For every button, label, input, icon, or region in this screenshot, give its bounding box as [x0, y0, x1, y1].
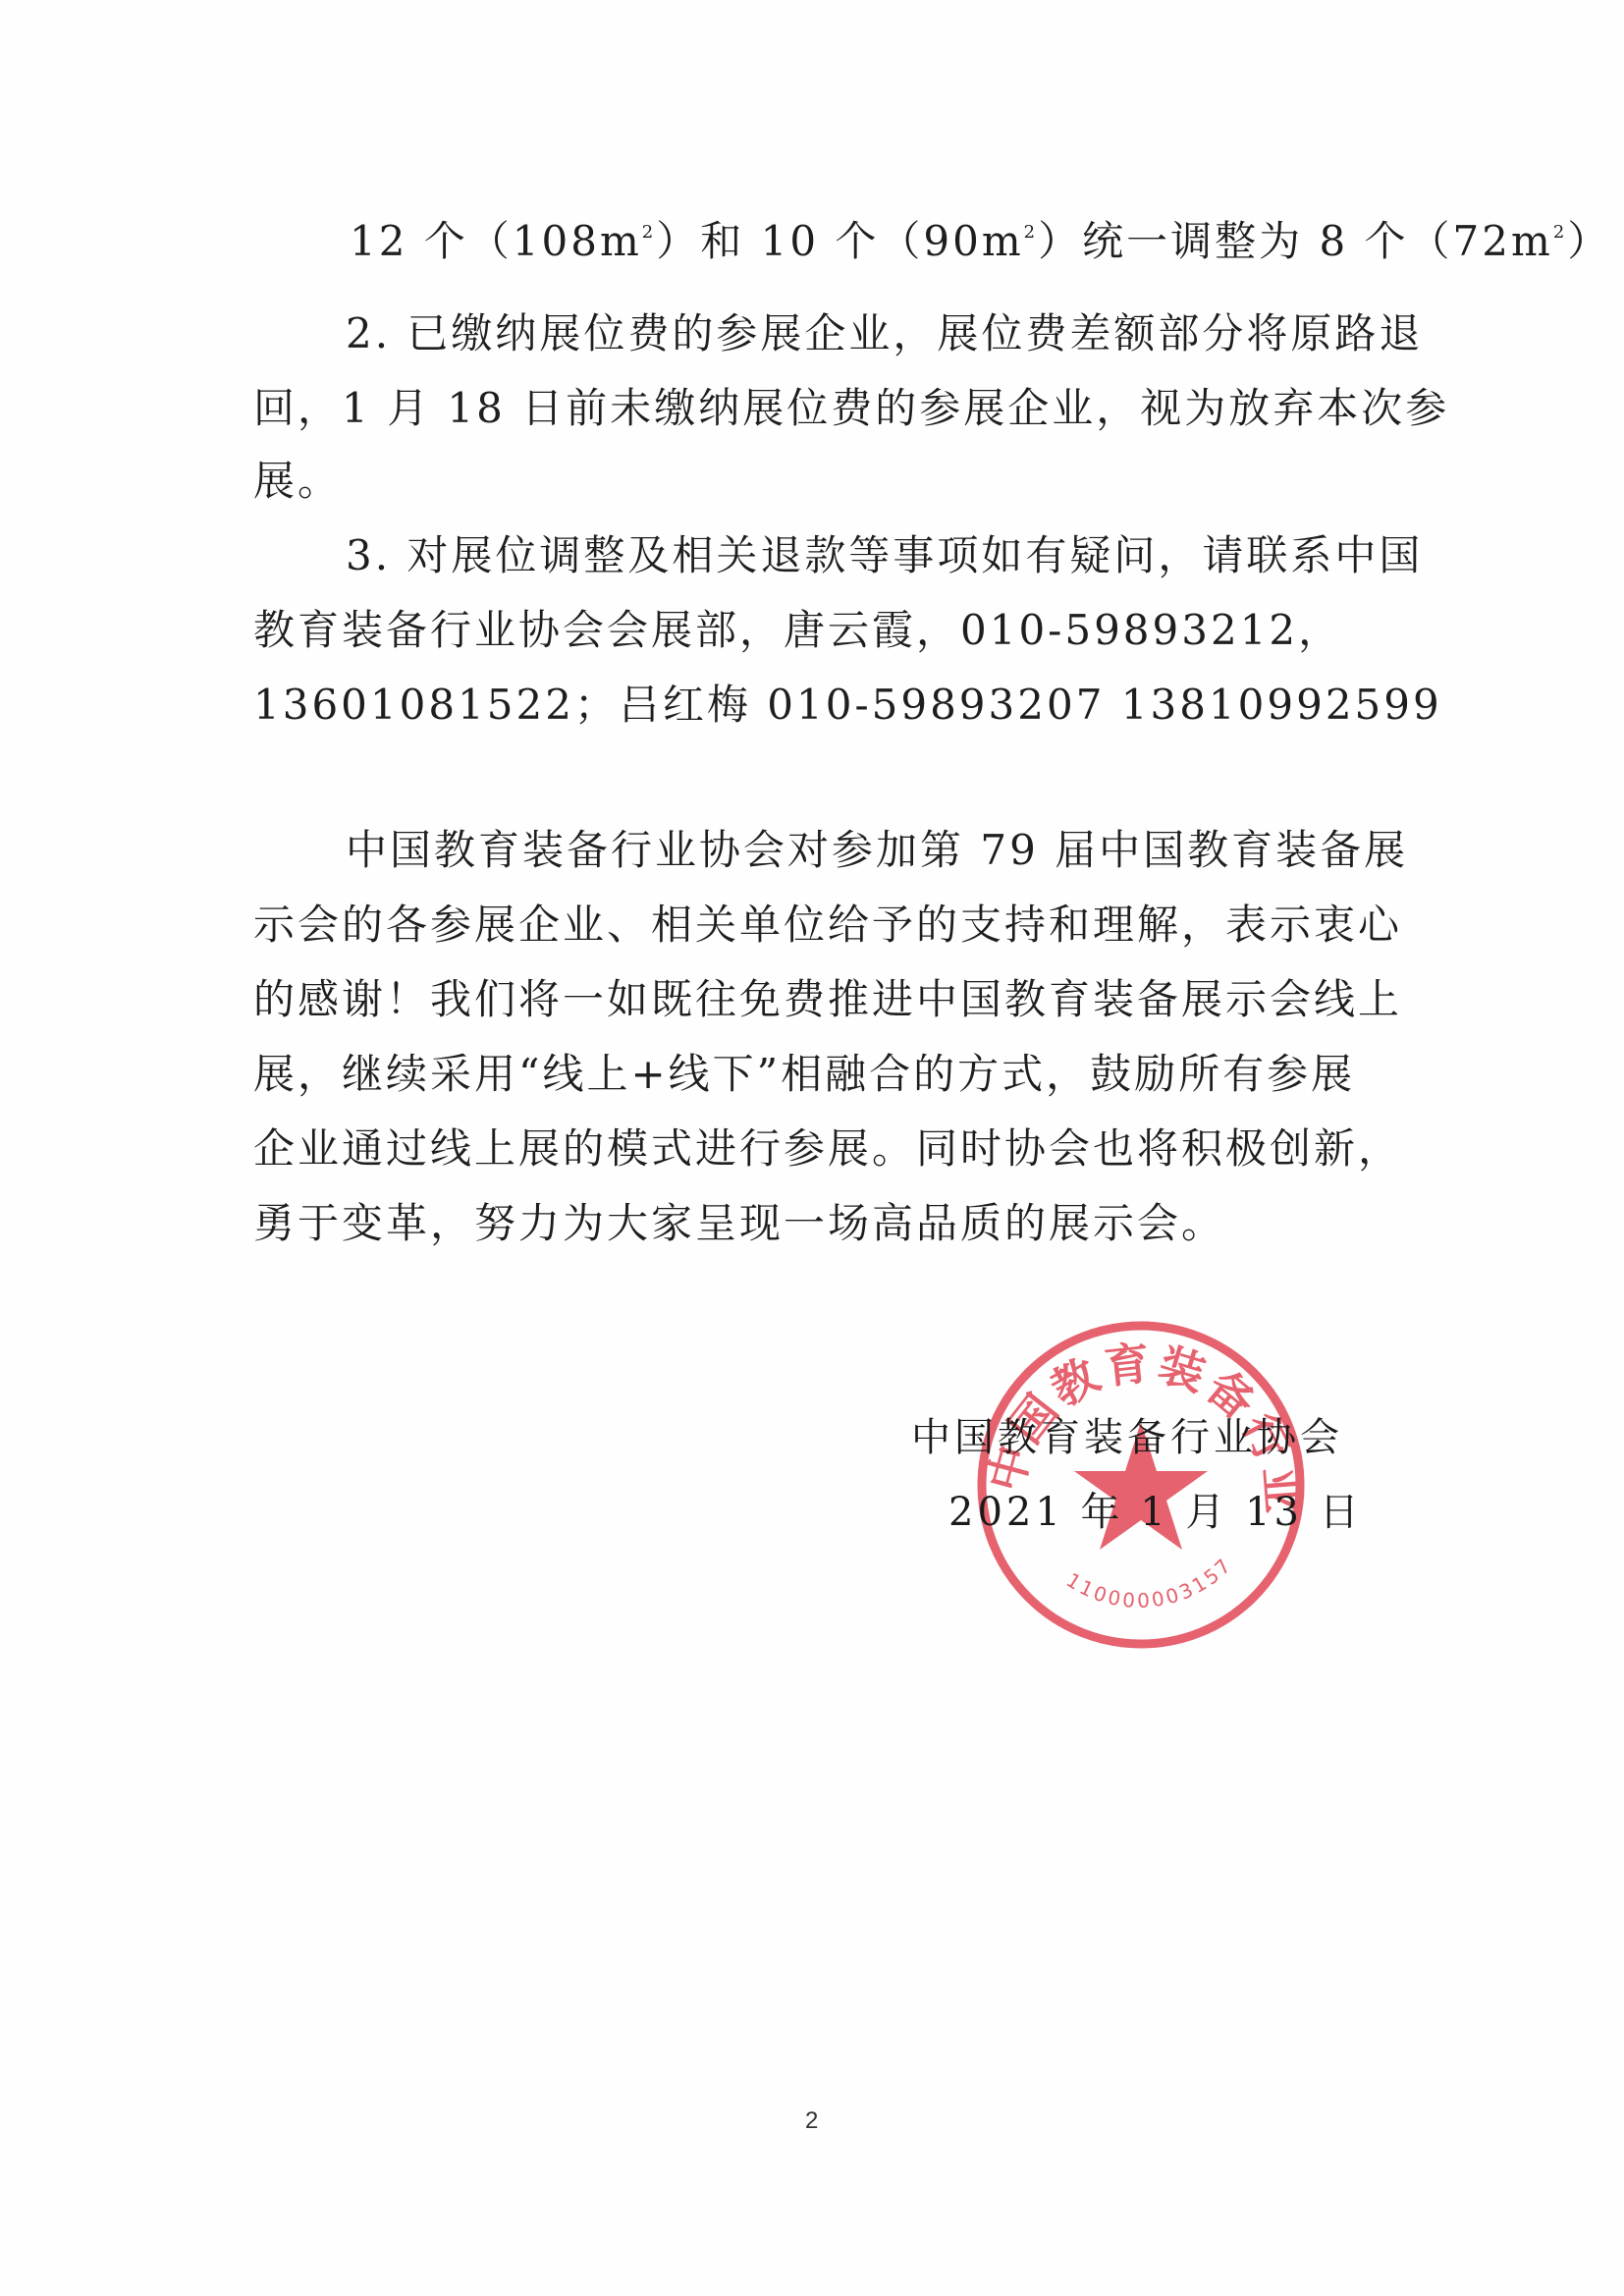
closing-line-4: 展，继续采用“线上+线下”相融合的方式，鼓励所有参展: [253, 1049, 1355, 1100]
text-segment: ）: [1567, 217, 1611, 265]
item2-line-2: 回，1 月 18 日前未缴纳展位费的参展企业，视为放弃本次参: [253, 383, 1449, 434]
superscript: 2: [642, 222, 656, 243]
closing-line-5: 企业通过线上展的模式进行参展。同时协会也将积极创新，: [253, 1123, 1402, 1175]
item1-continuation-line: 12 个（108m2）和 10 个（90m2）统一调整为 8 个（72m2）: [350, 216, 1611, 267]
signature-date: 2021 年 1 月 13 日: [948, 1487, 1363, 1538]
text-segment: ）和 10 个（90m: [656, 217, 1023, 265]
document-page: 12 个（108m2）和 10 个（90m2）统一调整为 8 个（72m2） 2…: [0, 0, 1624, 2296]
item3-line-2: 教育装备行业协会会展部，唐云霞，010-59893212，: [253, 605, 1342, 656]
item2-line-3: 展。: [253, 456, 342, 507]
closing-line-3: 的感谢！我们将一如既往免费推进中国教育装备展示会线上: [253, 974, 1402, 1025]
superscript: 2: [1024, 222, 1038, 243]
text-segment: 12 个（108m: [350, 217, 642, 265]
closing-line-1: 中国教育装备行业协会对参加第 79 届中国教育装备展: [346, 825, 1408, 876]
closing-line-2: 示会的各参展企业、相关单位给予的支持和理解，表示衷心: [253, 900, 1402, 951]
signature-organization: 中国教育装备行业协会: [911, 1412, 1343, 1463]
item3-line-1: 3. 对展位调整及相关退款等事项如有疑问，请联系中国: [346, 530, 1423, 581]
official-seal-icon: 中国教育装备行业协会 1100000031573: [972, 1316, 1311, 1655]
page-number: 2: [805, 2107, 818, 2135]
item3-line-3: 13601081522；吕红梅 010-59893207 13810992599: [253, 680, 1442, 731]
superscript: 2: [1553, 222, 1567, 243]
closing-line-6: 勇于变革，努力为大家呈现一场高品质的展示会。: [253, 1198, 1225, 1249]
text-segment: ）统一调整为 8 个（72m: [1038, 217, 1553, 265]
item2-line-1: 2. 已缴纳展位费的参展企业，展位费差额部分将原路退: [346, 308, 1423, 359]
